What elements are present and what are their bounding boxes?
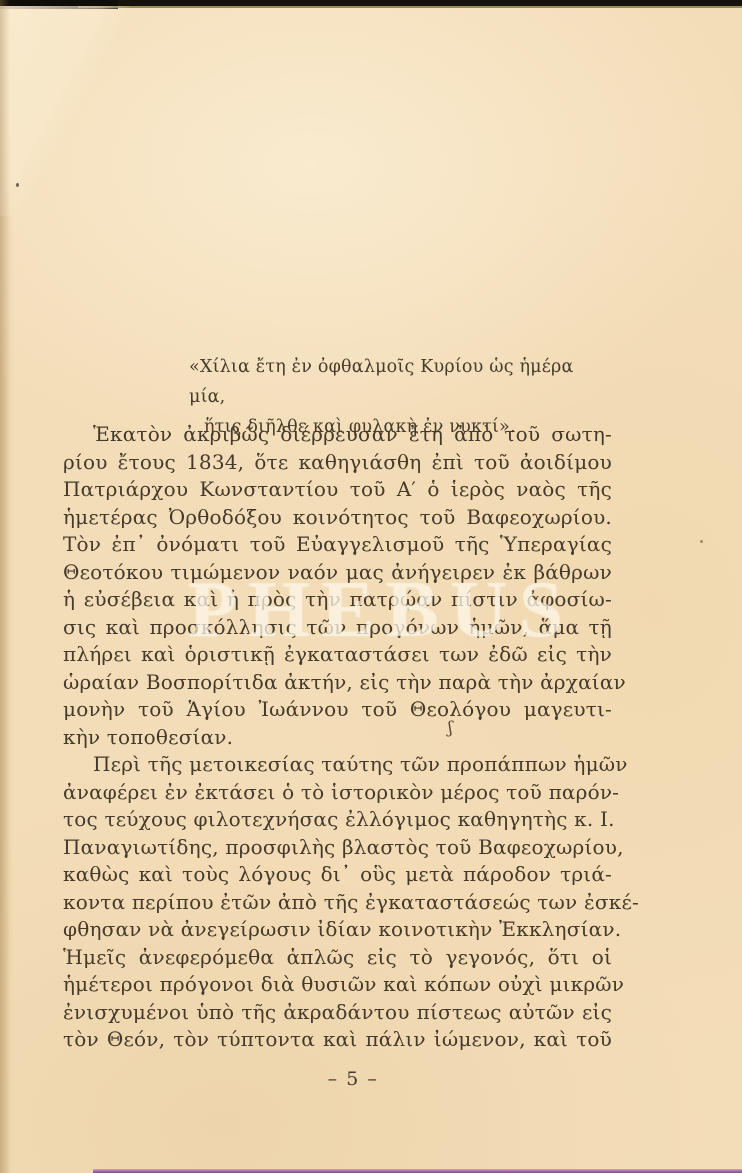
ink-blemish: ʃ — [448, 718, 453, 738]
text-line: φθησαν νὰ ἀνεγείρωσιν ἰδίαν κοινοτικὴν Ἐ… — [63, 916, 612, 944]
text-line: καθὼς καὶ τοὺς λόγους δι᾽ οὓς μετὰ πάροδ… — [63, 861, 612, 889]
scan-edge-bottom — [93, 1169, 742, 1173]
text-line: ἐνισχυμένοι ὑπὸ τῆς ἀκραδάντου πίστεως α… — [63, 999, 612, 1027]
text-line: ἡμετέρας Ὀρθοδόξου κοινότητος τοῦ Βαφεοχ… — [63, 504, 612, 532]
page-left-edge-shadow — [0, 0, 10, 1173]
ink-speck — [700, 540, 703, 543]
text-line: Περὶ τῆς μετοικεσίας ταύτης τῶν προπάππω… — [63, 751, 612, 779]
text-line: ἡμέτεροι πρόγονοι διὰ θυσιῶν καὶ κόπων ο… — [63, 971, 612, 999]
text-line: Ἡμεῖς ἀνεφερόμεθα ἁπλῶς εἰς τὸ γεγονός, … — [63, 944, 612, 972]
text-line: ρίου ἔτους 1834, ὅτε καθηγιάσθη ἐπὶ τοῦ … — [63, 449, 612, 477]
text-line: τὸν Θεόν, τὸν τύπτοντα καὶ πάλιν ἰώμενον… — [63, 1026, 612, 1054]
ink-speck — [16, 183, 19, 187]
page-number: – 5 – — [63, 1068, 643, 1090]
body-text: Ἑκατὸν ἀκριβῶς διέρρευσαν ἔτη ἀπὸ τοῦ σω… — [63, 421, 612, 1054]
text-line: Τὸν ἐπ᾽ ὀνόματι τοῦ Εὐαγγελισμοῦ τῆς Ὑπε… — [63, 531, 612, 559]
ink-speck — [522, 1043, 524, 1045]
text-line: κοντα περίπου ἐτῶν ἀπὸ τῆς ἐγκαταστάσεώς… — [63, 889, 612, 917]
text-line: κὴν τοποθεσίαν. — [63, 724, 612, 752]
text-line: Παναγιωτίδης, προσφιλὴς βλαστὸς τοῦ Βαφε… — [63, 834, 612, 862]
text-line: ὡραίαν Βοσπορίτιδα ἀκτήν, εἰς τὴν παρὰ τ… — [63, 669, 612, 697]
text-line: μονὴν τοῦ Ἁγίου Ἰωάννου τοῦ Θεολόγου μαγ… — [63, 696, 612, 724]
text-line: Πατριάρχου Κωνσταντίου τοῦ Α′ ὁ ἱερὸς να… — [63, 476, 612, 504]
epigraph-line: «Χίλια ἔτη ἐν ὀφθαλμοῖς Κυρίου ὡς ἡμέρα … — [189, 352, 589, 412]
page-corner-highlight — [0, 6, 130, 216]
text-line: ἀναφέρει ἐν ἐκτάσει ὁ τὸ ἱστορικὸν μέρος… — [63, 779, 612, 807]
scan-edge-gold-line — [78, 6, 742, 8]
watermark-text: PHEBUS — [188, 570, 648, 650]
text-line: Ἑκατὸν ἀκριβῶς διέρρευσαν ἔτη ἀπὸ τοῦ σω… — [63, 421, 612, 449]
text-line: τος τεύχους φιλοτεχνήσας ἐλλόγιμος καθηγ… — [63, 806, 612, 834]
